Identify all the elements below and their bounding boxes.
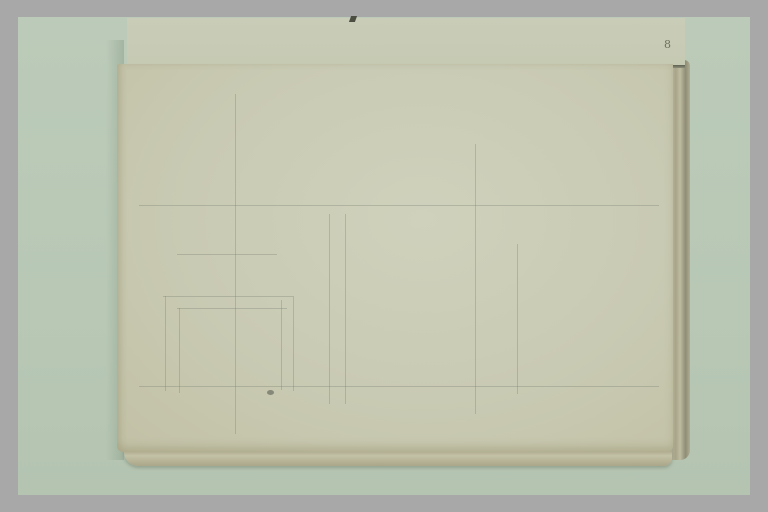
pencil-frame-inner-top [177,308,287,309]
sketch-page [117,64,673,452]
pencil-line [235,94,236,434]
pencil-frame-inner-left [179,308,180,393]
pencil-line [345,214,346,404]
pencil-line [177,254,277,255]
page-number: 8 [664,38,671,51]
ink-smudge [267,390,274,395]
pencil-frame-top [163,296,293,297]
pencil-line [139,205,659,206]
pencil-line [139,386,659,387]
pencil-frame-right [293,296,294,391]
ink-mark [349,16,357,22]
pencil-line [517,244,518,394]
pencil-frame-left [165,296,166,391]
pencil-line [329,214,330,404]
upper-page-strip: 8 [127,18,685,68]
pencil-line [475,144,476,414]
pencil-frame-inner-right [281,300,282,390]
